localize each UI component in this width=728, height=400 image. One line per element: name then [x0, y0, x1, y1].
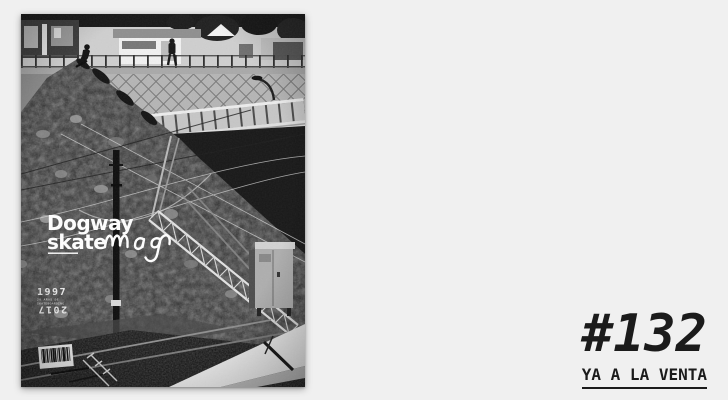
on-sale-tagline: YA A LA VENTA — [582, 365, 707, 389]
film-grain — [21, 14, 305, 387]
page: Dogway skate 1997 20 AÑOS DE SKATEBOARDI… — [0, 0, 728, 400]
issue-promo: #132 YA A LA VENTA — [582, 308, 707, 389]
magazine-cover[interactable]: Dogway skate 1997 20 AÑOS DE SKATEBOARDI… — [21, 14, 305, 387]
issue-number: #132 — [582, 308, 707, 360]
cover-photo: Dogway skate 1997 20 AÑOS DE SKATEBOARDI… — [21, 14, 305, 387]
